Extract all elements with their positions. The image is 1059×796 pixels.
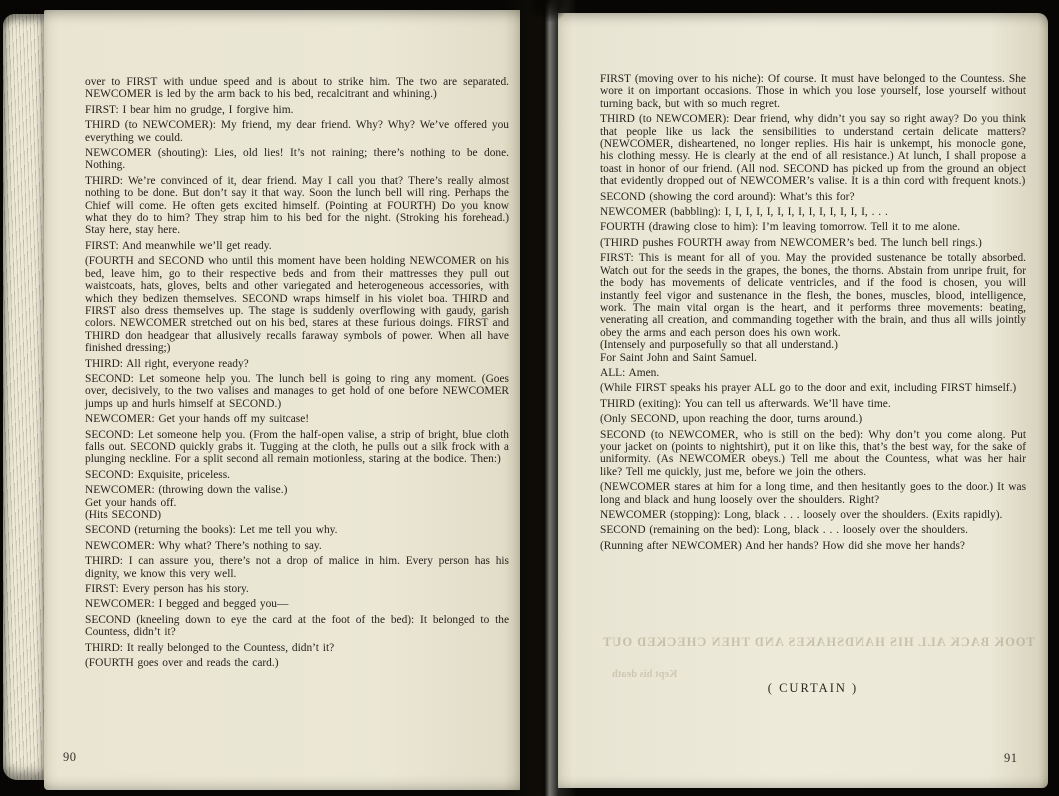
script-paragraph: SECOND (showing the cord around): What’s… [600,191,1026,203]
script-paragraph: ALL: Amen. [600,367,1026,379]
left-page: over to FIRST with undue speed and is ab… [44,10,520,790]
script-paragraph: THIRD: It really belonged to the Countes… [85,642,509,654]
script-paragraph: FIRST: I bear him no grudge, I forgive h… [85,104,509,116]
script-paragraph: FOURTH (drawing close to him): I’m leavi… [600,221,1026,233]
left-page-text-column: over to FIRST with undue speed and is ab… [85,76,509,669]
script-paragraph: NEWCOMER: Why what? There’s nothing to s… [85,540,509,552]
script-paragraph: (Only SECOND, upon reaching the door, tu… [600,413,1026,425]
script-paragraph: THIRD: All right, everyone ready? [85,358,509,370]
script-paragraph: SECOND (kneeling down to eye the card at… [85,614,509,639]
script-paragraph: SECOND (remaining on the bed): Long, bla… [600,524,1026,536]
script-paragraph: (While FIRST speaks his prayer ALL go to… [600,382,1026,394]
script-paragraph: (Running after NEWCOMER) And her hands? … [600,540,1026,552]
script-paragraph: Get your hands off. [85,497,509,509]
right-page-text-column: FIRST (moving over to his niche): Of cou… [600,73,1026,552]
script-paragraph: FIRST: This is meant for all of you. May… [600,252,1026,339]
script-paragraph: SECOND: Exquisite, priceless. [85,469,509,481]
script-paragraph: (Hits SECOND) [85,509,509,521]
script-paragraph: NEWCOMER: I begged and begged you— [85,598,509,610]
script-paragraph: SECOND: Let someone help you. The lunch … [85,373,509,410]
page-number-right: 91 [1004,751,1018,766]
script-paragraph: (THIRD pushes FOURTH away from NEWCOMER’… [600,237,1026,249]
script-paragraph: NEWCOMER: Get your hands off my suitcase… [85,413,509,425]
script-paragraph: (NEWCOMER stares at him for a long time,… [600,481,1026,506]
script-paragraph: (Intensely and purposefully so that all … [600,339,1026,351]
script-paragraph: THIRD: We’re convinced of it, dear frien… [85,175,509,237]
show-through-text: Kept his death [612,669,677,680]
script-paragraph: FIRST: And meanwhile we’ll get ready. [85,240,509,252]
script-paragraph: THIRD (to NEWCOMER): Dear friend, why di… [600,113,1026,187]
page-number-left: 90 [63,750,77,765]
script-paragraph: SECOND (returning the books): Let me tel… [85,524,509,536]
right-page: TOOK BACK ALL HIS HANDSHAKES AND THEN CH… [558,13,1048,788]
script-paragraph: For Saint John and Saint Samuel. [600,352,1026,364]
script-paragraph: NEWCOMER (shouting): Lies, old lies! It’… [85,147,509,172]
script-paragraph: (FOURTH goes over and reads the card.) [85,657,509,669]
page-edge-stack [3,14,45,780]
script-paragraph: SECOND (to NEWCOMER, who is still on the… [600,429,1026,479]
script-paragraph: NEWCOMER: (throwing down the valise.) [85,484,509,496]
script-paragraph: (FOURTH and SECOND who until this moment… [85,255,509,354]
show-through-text: TOOK BACK ALL HIS HANDSHAKES AND THEN CH… [602,635,1035,650]
curtain-label: ( CURTAIN ) [600,681,1026,696]
script-paragraph: FIRST: Every person has his story. [85,583,509,595]
script-paragraph: THIRD (exiting): You can tell us afterwa… [600,398,1026,410]
script-paragraph: NEWCOMER (stopping): Long, black . . . l… [600,509,1026,521]
script-paragraph: over to FIRST with undue speed and is ab… [85,76,509,101]
script-paragraph: SECOND: Let someone help you. (From the … [85,429,509,466]
script-paragraph: THIRD: I can assure you, there’s not a d… [85,555,509,580]
book-scan: over to FIRST with undue speed and is ab… [0,0,1059,796]
script-paragraph: THIRD (to NEWCOMER): My friend, my dear … [85,119,509,144]
script-paragraph: FIRST (moving over to his niche): Of cou… [600,73,1026,110]
script-paragraph: NEWCOMER (babbling): I, I, I, I, I, I, I… [600,206,1026,218]
